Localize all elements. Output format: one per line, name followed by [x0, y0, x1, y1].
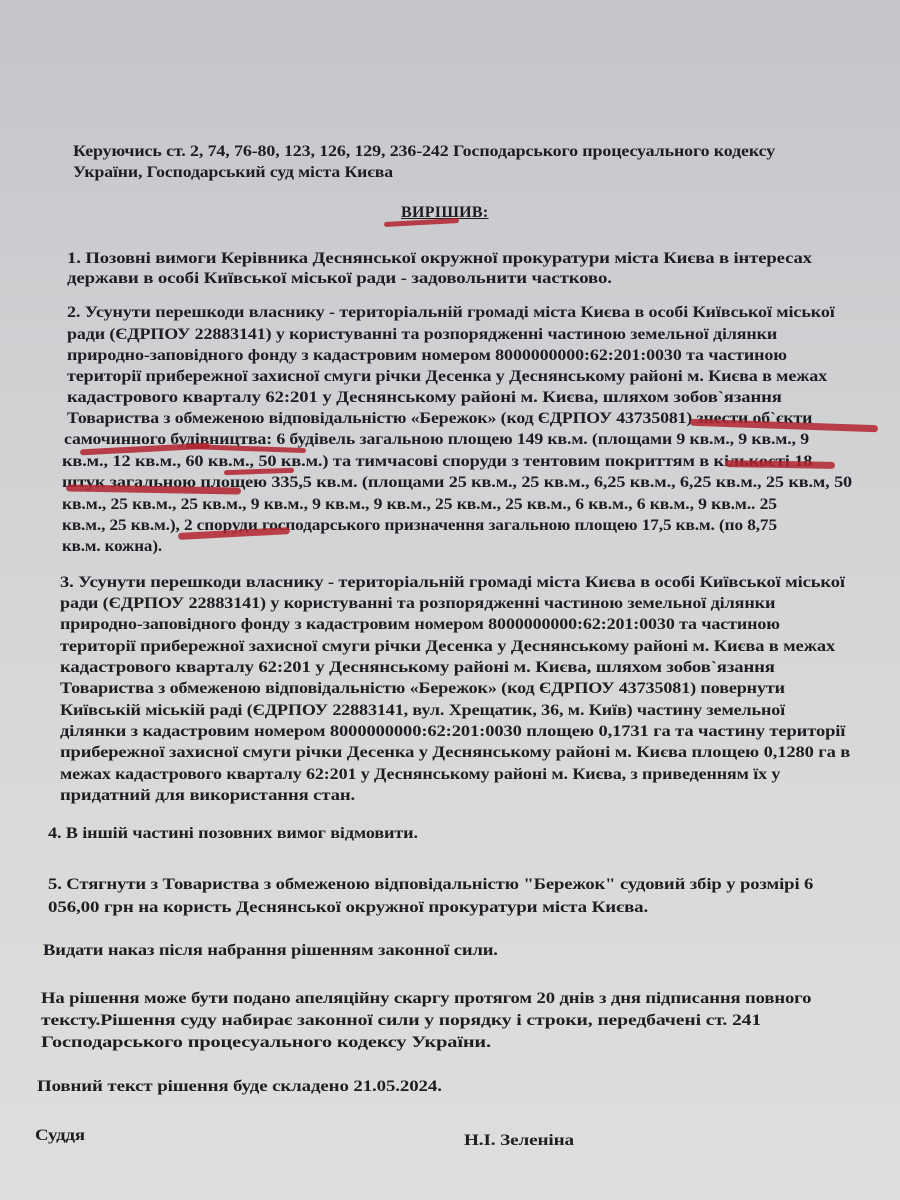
- signature-role: Суддя: [35, 1125, 85, 1145]
- item3-line-7: Київській міській раді (ЄДРПОУ 22883141,…: [60, 700, 785, 720]
- highlight-mark: [384, 218, 459, 227]
- item3-line-11: придатний для використання стан.: [60, 785, 355, 805]
- item4-line-1: 4. В іншій частині позовних вимог відмов…: [48, 823, 418, 843]
- item5-line-1: 5. Стягнути з Товариства з обмеженою від…: [48, 874, 813, 894]
- item3-line-8: ділянки з кадастровим номером 8000000000…: [60, 721, 845, 741]
- item3-line-10: межах кадастрового кварталу 62:201 у Дес…: [60, 764, 780, 784]
- item2-line-1: 2. Усунути перешкоди власнику - територі…: [67, 302, 835, 322]
- item1-line-1: 1. Позовні вимоги Керівника Деснянської …: [67, 248, 812, 268]
- intro-line-2: України, Господарський суд міста Києва: [73, 162, 393, 182]
- item1-line-2: держави в особі Київської міської ради -…: [67, 268, 612, 288]
- item3-line-6: Товариства з обмеженою відповідальністю …: [60, 678, 785, 698]
- appeal-line-2: тексту.Рішення суду набирає законної сил…: [41, 1010, 761, 1030]
- appeal-line-1: На рішення може бути подано апеляційну с…: [41, 988, 811, 1008]
- item2-line-2: ради (ЄДРПОУ 22883141) у користуванні та…: [67, 324, 777, 344]
- item3-line-5: кадастрового кварталу 62:201 у Деснянськ…: [60, 657, 775, 677]
- order-line: Видати наказ після набрання рішенням зак…: [43, 940, 498, 960]
- appeal-line-3: Господарського процесуального кодексу Ук…: [41, 1032, 491, 1052]
- item3-line-3: природно-заповідного фонду з кадастровим…: [60, 614, 780, 634]
- signature-name: Н.І. Зеленіна: [464, 1130, 574, 1150]
- item2-line-4: території прибережної захисної смуги річ…: [67, 366, 827, 386]
- item3-line-4: території прибережної захисної смуги річ…: [60, 636, 835, 656]
- item2-line-3: природно-заповідного фонду з кадастровим…: [67, 345, 787, 365]
- item3-line-2: ради (ЄДРПОУ 22883141) у користуванні та…: [60, 593, 775, 613]
- court-decision-page: Керуючись ст. 2, 74, 76-80, 123, 126, 12…: [0, 0, 900, 1200]
- full-text-note: Повний текст рішення буде складено 21.05…: [37, 1076, 442, 1096]
- item2-line-11: кв.м., 25 кв.м.), 2 споруди господарсько…: [62, 515, 777, 535]
- item3-line-9: прибережної захисної смуги річки Десенка…: [60, 742, 850, 762]
- item2-line-10: кв.м., 25 кв.м., 25 кв.м., 9 кв.м., 9 кв…: [62, 494, 777, 514]
- item2-line-12: кв.м. кожна).: [62, 536, 162, 556]
- item3-line-1: 3. Усунути перешкоди власнику - територі…: [60, 572, 845, 592]
- item2-line-5: кадастрового кварталу 62:201 у Деснянськ…: [67, 387, 782, 407]
- item5-line-2: 056,00 грн на користь Деснянської окружн…: [48, 897, 648, 917]
- intro-line-1: Керуючись ст. 2, 74, 76-80, 123, 126, 12…: [73, 141, 775, 161]
- item2-line-8: кв.м., 12 кв.м., 60 кв.м., 50 кв.м.) та …: [62, 451, 812, 471]
